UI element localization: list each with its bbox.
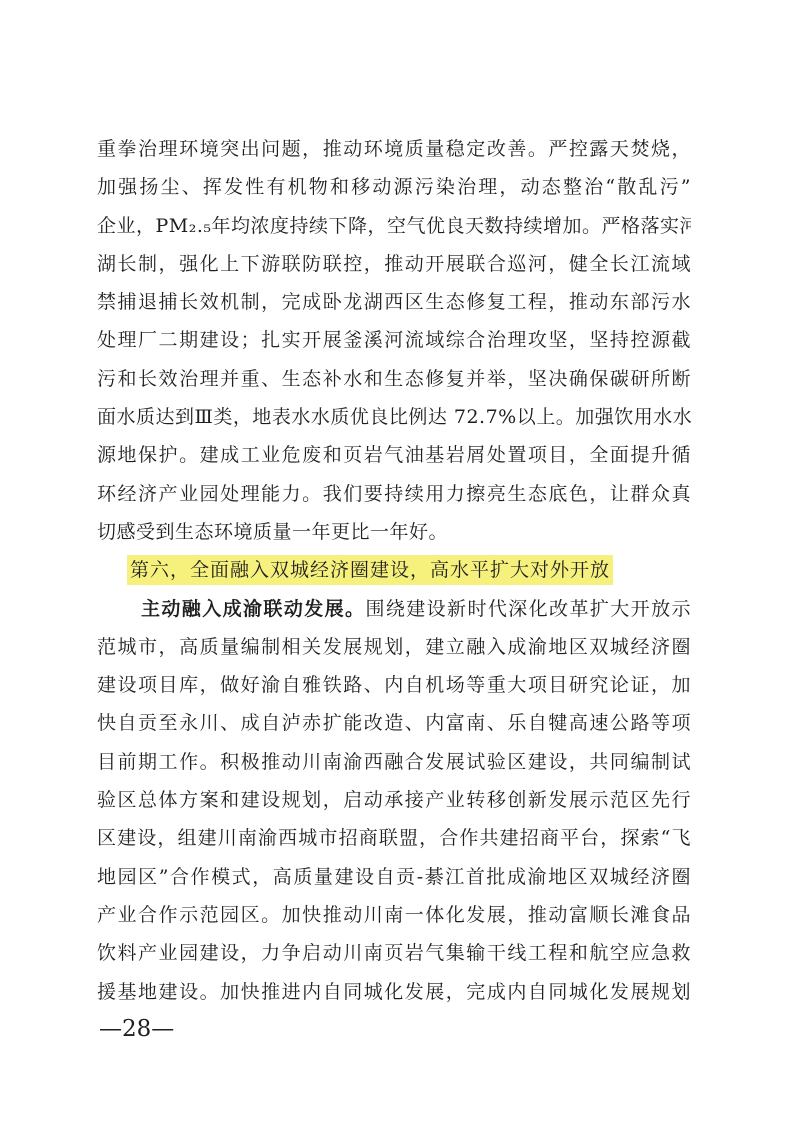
text-line: 范城市，高质量编制相关发展规划，建立融入成渝地区双城经济圈 (97, 628, 691, 666)
text-line: 湖长制，强化上下游联防联控，推动开展联合巡河，健全长江流域 (97, 245, 691, 283)
text-line: 面水质达到Ⅲ类，地表水水质优良比例达 72.7%以上。加强饮用水水 (97, 398, 691, 436)
text-line: 重拳治理环境突出问题，推动环境质量稳定改善。严控露天焚烧， (97, 130, 691, 168)
text-line: 源地保护。建成工业危废和页岩气油基岩屑处置项目，全面提升循 (97, 436, 691, 474)
highlighted-section-heading: 第六，全面融入双城经济圈建设，高水平扩大对外开放 (127, 555, 613, 585)
paragraph-lead-line: 主动融入成渝联动发展。围绕建设新时代深化改革扩大开放示 (97, 590, 691, 628)
page-number: —28— (99, 1014, 174, 1044)
text-line: 目前期工作。积极推动川南渝西融合发展试验区建设，共同编制试 (97, 743, 691, 781)
text-line: 快自贡至永川、成自泸赤扩能改造、内富南、乐自犍高速公路等项 (97, 704, 691, 742)
text-line: 产业合作示范园区。加快推动川南一体化发展，推动富顺长滩食品 (97, 896, 691, 934)
section-heading-line: 第六，全面融入双城经济圈建设，高水平扩大对外开放 (97, 551, 691, 589)
text-line: 援基地建设。加快推进内自同城化发展，完成内自同城化发展规划 (97, 973, 691, 1011)
text-line: 加强扬尘、挥发性有机物和移动源污染治理，动态整治“散乱污” (97, 168, 691, 206)
paragraph-chengyu: 主动融入成渝联动发展。围绕建设新时代深化改革扩大开放示 范城市，高质量编制相关发… (97, 590, 691, 1011)
text-line: 地园区”合作模式，高质量建设自贡-綦江首批成渝地区双城经济圈 (97, 858, 691, 896)
paragraph-chengyu-lines: 范城市，高质量编制相关发展规划，建立融入成渝地区双城经济圈建设项目库，做好渝自雅… (97, 628, 691, 1011)
text-line: 饮料产业园建设，力争启动川南页岩气集输干线工程和航空应急救 (97, 934, 691, 972)
text-line: 切感受到生态环境质量一年更比一年好。 (97, 513, 691, 551)
document-page: 重拳治理环境突出问题，推动环境质量稳定改善。严控露天焚烧，加强扬尘、挥发性有机物… (0, 0, 793, 1122)
paragraph-lead-rest: 围绕建设新时代深化改革扩大开放示 (365, 598, 691, 620)
text-line: 区建设，组建川南渝西城市招商联盟，合作共建招商平台，探索“飞 (97, 819, 691, 857)
text-line: 处理厂二期建设；扎实开展釜溪河流域综合治理攻坚，坚持控源截 (97, 321, 691, 359)
paragraph-environment: 重拳治理环境突出问题，推动环境质量稳定改善。严控露天焚烧，加强扬尘、挥发性有机物… (97, 130, 691, 551)
bold-paragraph-lead: 主动融入成渝联动发展。 (141, 598, 365, 620)
document-body: 重拳治理环境突出问题，推动环境质量稳定改善。严控露天焚烧，加强扬尘、挥发性有机物… (97, 130, 691, 1011)
text-line: 环经济产业园处理能力。我们要持续用力擦亮生态底色，让群众真 (97, 475, 691, 513)
text-line: 验区总体方案和建设规划，启动承接产业转移创新发展示范区先行 (97, 781, 691, 819)
text-line: 污和长效治理并重、生态补水和生态修复并举，坚决确保碳研所断 (97, 360, 691, 398)
text-line: 建设项目库，做好渝自雅铁路、内自机场等重大项目研究论证，加 (97, 666, 691, 704)
text-line: 禁捕退捕长效机制，完成卧龙湖西区生态修复工程，推动东部污水 (97, 283, 691, 321)
text-line: 企业，PM₂.₅年均浓度持续下降，空气优良天数持续增加。严格落实河 (97, 207, 691, 245)
